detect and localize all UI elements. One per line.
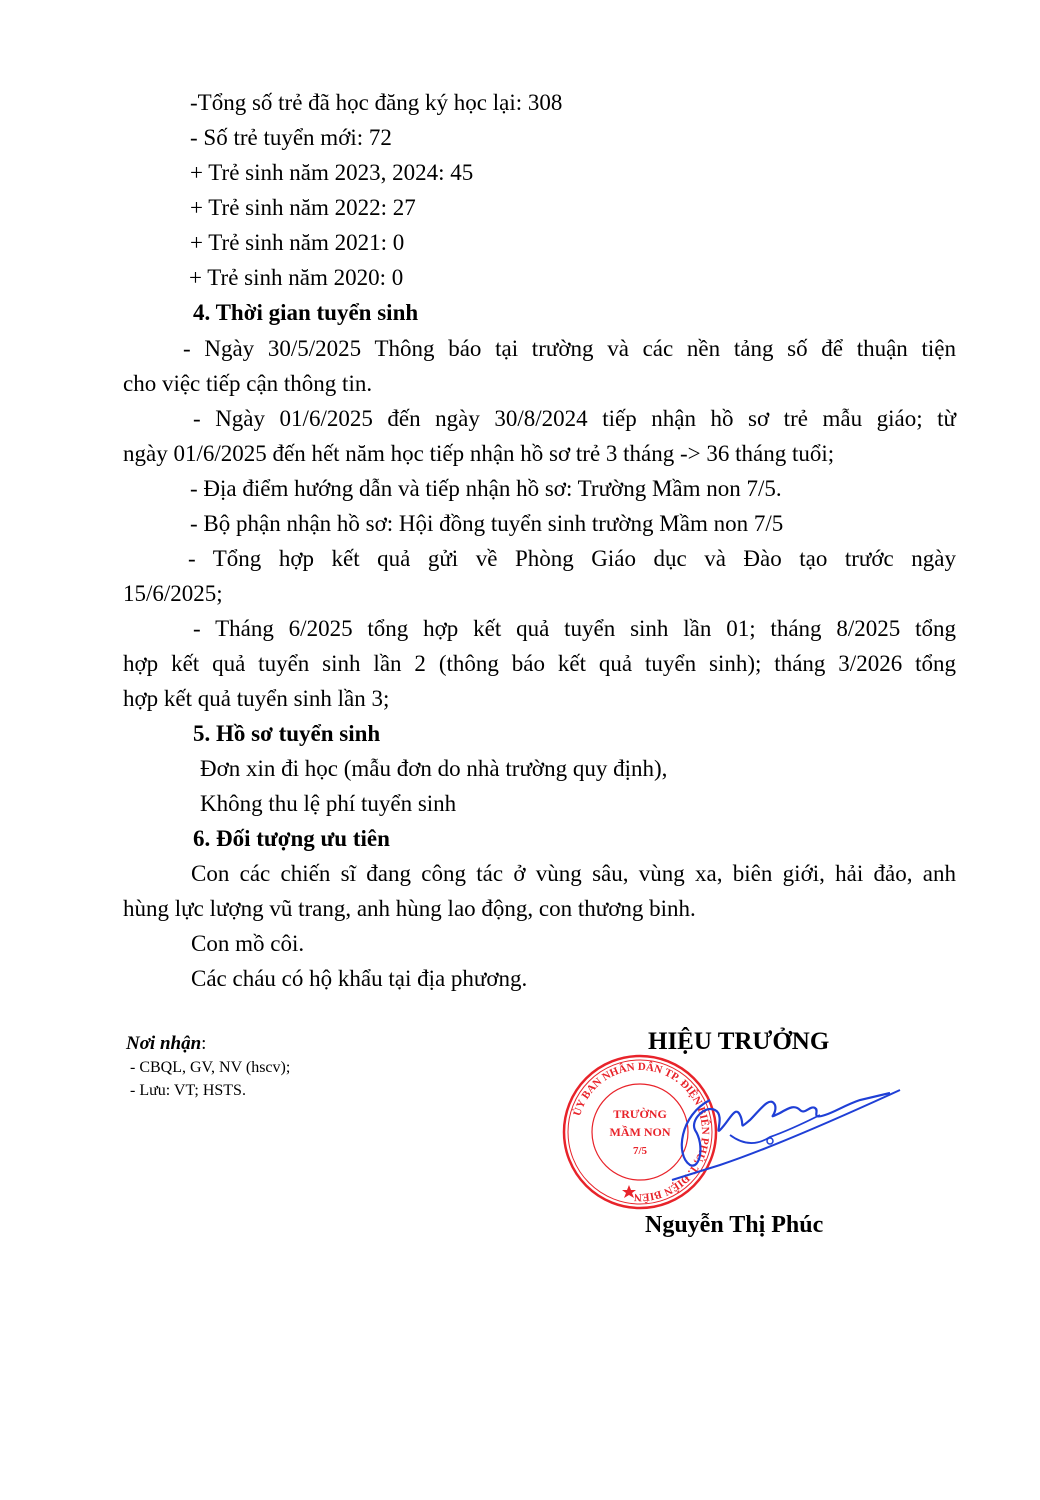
section-4-item-5: - Tổng hợp kết quả gửi về Phòng Giáo dục… [188, 544, 956, 574]
section-4-item-4: - Bộ phận nhận hồ sơ: Hội đồng tuyển sin… [190, 509, 783, 539]
section-6-line-2: Con mồ côi. [191, 929, 304, 959]
section-4-heading: 4. Thời gian tuyển sinh [193, 298, 418, 328]
section-4-item-6: - Tháng 6/2025 tổng hợp kết quả tuyển si… [193, 614, 956, 644]
section-4-item-6-cont-2: hợp kết quả tuyển sinh lần 3; [123, 684, 389, 714]
section-6-heading: 6. Đối tượng ưu tiên [193, 824, 390, 854]
section-4-item-2: - Ngày 01/6/2025 đến ngày 30/8/2024 tiếp… [193, 404, 956, 434]
stat-total-reregistered: -Tổng số trẻ đã học đăng ký học lại: 308 [190, 88, 562, 118]
recipients-label-text: Nơi nhận [126, 1033, 201, 1054]
recipient-item-1: - CBQL, GV, NV (hscv); [130, 1058, 290, 1078]
stamp-inner-line-3: 7/5 [633, 1145, 648, 1157]
recipients-label: Nơi nhận: [126, 1034, 206, 1054]
section-5-line-1: Đơn xin đi học (mẫu đơn do nhà trường qu… [200, 754, 667, 784]
stamp-star-icon [622, 1185, 636, 1198]
section-4-item-6-cont: hợp kết quả tuyển sinh lần 2 (thông báo … [123, 649, 956, 679]
section-6-line-1-cont: hùng lực lượng vũ trang, anh hùng lao độ… [123, 894, 696, 924]
section-4-item-2-cont: ngày 01/6/2025 đến hết năm học tiếp nhận… [123, 439, 834, 469]
section-5-heading: 5. Hồ sơ tuyển sinh [193, 719, 380, 749]
signature-scribble-icon [660, 1075, 910, 1185]
section-4-item-5-cont: 15/6/2025; [123, 579, 223, 609]
stamp-inner-line-1: TRƯỜNG [613, 1107, 667, 1121]
stat-born-2020: + Trẻ sinh năm 2020: 0 [189, 263, 403, 293]
section-4-item-3: - Địa điểm hướng dẫn và tiếp nhận hồ sơ:… [190, 474, 782, 504]
recipient-item-2: - Lưu: VT; HSTS. [130, 1081, 246, 1101]
section-4-item-1-cont: cho việc tiếp cận thông tin. [123, 369, 372, 399]
section-6-line-1: Con các chiến sĩ đang công tác ở vùng sâ… [191, 859, 956, 889]
stat-new-enrollment: - Số trẻ tuyển mới: 72 [190, 123, 392, 153]
stat-born-2022: + Trẻ sinh năm 2022: 27 [190, 193, 416, 223]
section-6-line-3: Các cháu có hộ khẩu tại địa phương. [191, 964, 527, 994]
section-4-item-1: - Ngày 30/5/2025 Thông báo tại trường và… [183, 334, 956, 364]
section-5-line-2: Không thu lệ phí tuyển sinh [200, 789, 456, 819]
signer-name: Nguyễn Thị Phúc [645, 1210, 823, 1240]
stat-born-2023-2024: + Trẻ sinh năm 2023, 2024: 45 [190, 158, 473, 188]
stat-born-2021: + Trẻ sinh năm 2021: 0 [190, 228, 404, 258]
recipients-colon: : [201, 1033, 206, 1054]
